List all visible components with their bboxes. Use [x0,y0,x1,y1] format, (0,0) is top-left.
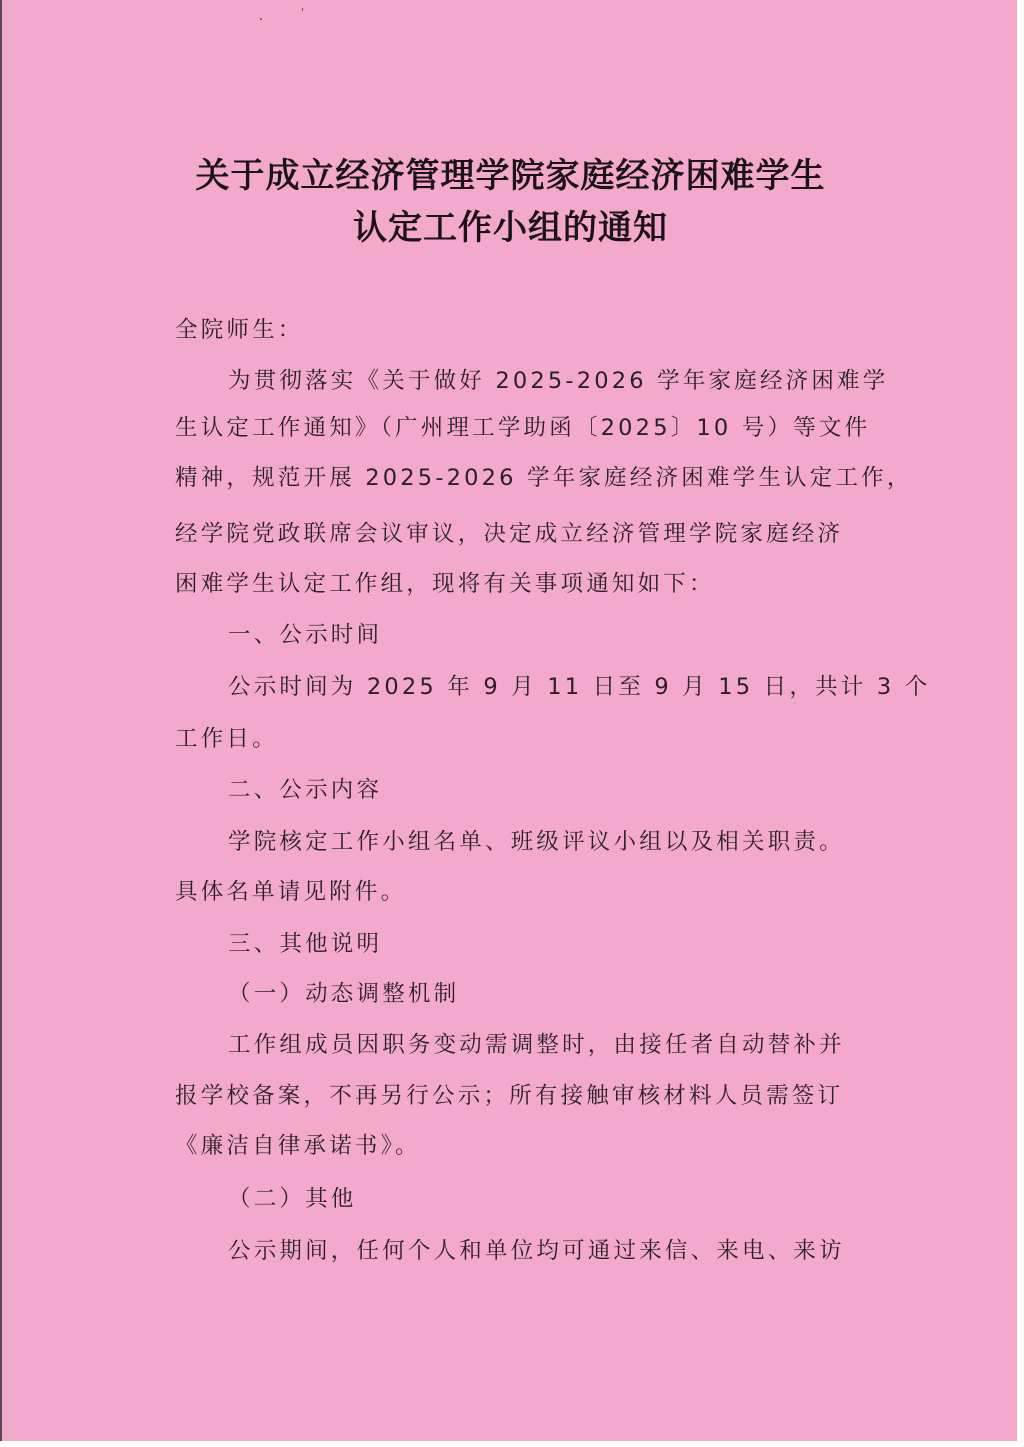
paragraph-line: 公示期间，任何个人和单位均可通过来信、来电、来访 [228,1233,845,1265]
paragraph-line: 具体名单请见附件。 [175,874,406,906]
document-page: 关于成立经济管理学院家庭经济困难学生 认定工作小组的通知 全院师生： 为贯彻落实… [0,0,1017,1441]
scan-speck [260,18,262,20]
paragraph-line: 公示时间为 2025 年 9 月 11 日至 9 月 15 日，共计 3 个 [228,669,930,701]
paragraph-line: 工作日。 [175,721,278,753]
section-heading-2: 二、公示内容 [228,772,382,804]
paragraph-line: 精神，规范开展 2025-2026 学年家庭经济困难学生认定工作， [175,460,913,492]
paragraph-line: 困难学生认定工作组，现将有关事项通知如下： [175,566,715,598]
document-title-line-1: 关于成立经济管理学院家庭经济困难学生 [2,148,1019,197]
scan-speck [302,8,303,11]
section-heading-3: 三、其他说明 [228,926,382,958]
subsection-heading-1: （一）动态调整机制 [228,976,459,1008]
section-heading-1: 一、公示时间 [228,617,382,649]
subsection-heading-2: （二）其他 [228,1181,357,1213]
paragraph-line: 《廉洁自律承诺书》。 [175,1128,421,1160]
paragraph-line: 为贯彻落实《关于做好 2025-2026 学年家庭经济困难学 [228,363,888,395]
paragraph-line: 经学院党政联席会议审议，决定成立经济管理学院家庭经济 [175,516,843,548]
paragraph-line: 学院核定工作小组名单、班级评议小组以及相关职责。 [228,824,845,856]
paragraph-line: 工作组成员因职务变动需调整时，由接任者自动替补并 [228,1027,845,1059]
paragraph-line: 报学校备案，不再另行公示；所有接触审核材料人员需签订 [175,1078,843,1110]
document-title-line-2: 认定工作小组的通知 [2,200,1019,249]
salutation: 全院师生： [175,312,304,344]
paragraph-line: 生认定工作通知》（广州理工学助函〔2025〕10 号）等文件 [175,410,870,442]
